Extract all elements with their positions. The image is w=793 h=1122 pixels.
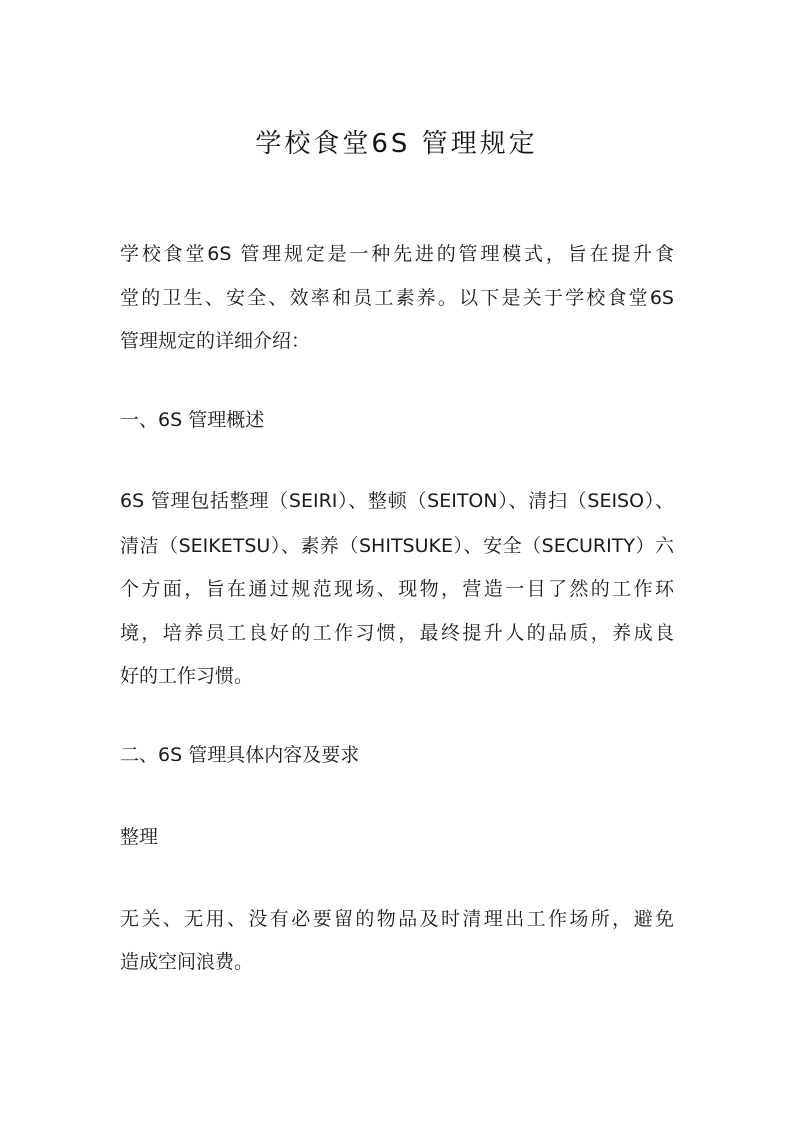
document-title: 学校食堂6S 管理规定 — [0, 126, 793, 162]
document-page: 学校食堂6S 管理规定 学校食堂6S 管理规定是一种先进的管理模式，旨在提升食 … — [0, 0, 793, 1122]
subsection-line-1: 无关、无用、没有必要留的物品及时清理出工作场所，避免 — [120, 905, 674, 933]
section-2-heading: 二、6S 管理具体内容及要求 — [120, 741, 674, 769]
section-1-line-5: 好的工作习惯。 — [120, 662, 674, 690]
section-1-heading: 一、6S 管理概述 — [120, 406, 674, 434]
subsection-heading-seiri: 整理 — [120, 823, 674, 851]
subsection-line-2: 造成空间浪费。 — [120, 948, 674, 976]
intro-line-3: 管理规定的详细介绍： — [120, 327, 674, 355]
section-1-line-3: 个方面，旨在通过规范现场、现物，营造一目了然的工作环 — [120, 575, 674, 603]
section-1-line-1: 6S 管理包括整理（SEIRI）、整顿（SEITON）、清扫（SEISO）、 — [120, 487, 674, 515]
intro-line-1: 学校食堂6S 管理规定是一种先进的管理模式，旨在提升食 — [120, 240, 674, 268]
section-1-line-2: 清洁（SEIKETSU）、素养（SHITSUKE）、安全（SECURITY）六 — [120, 532, 674, 560]
section-1-line-4: 境，培养员工良好的工作习惯，最终提升人的品质，养成良 — [120, 619, 674, 647]
intro-line-2: 堂的卫生、安全、效率和员工素养。以下是关于学校食堂6S — [120, 284, 674, 312]
